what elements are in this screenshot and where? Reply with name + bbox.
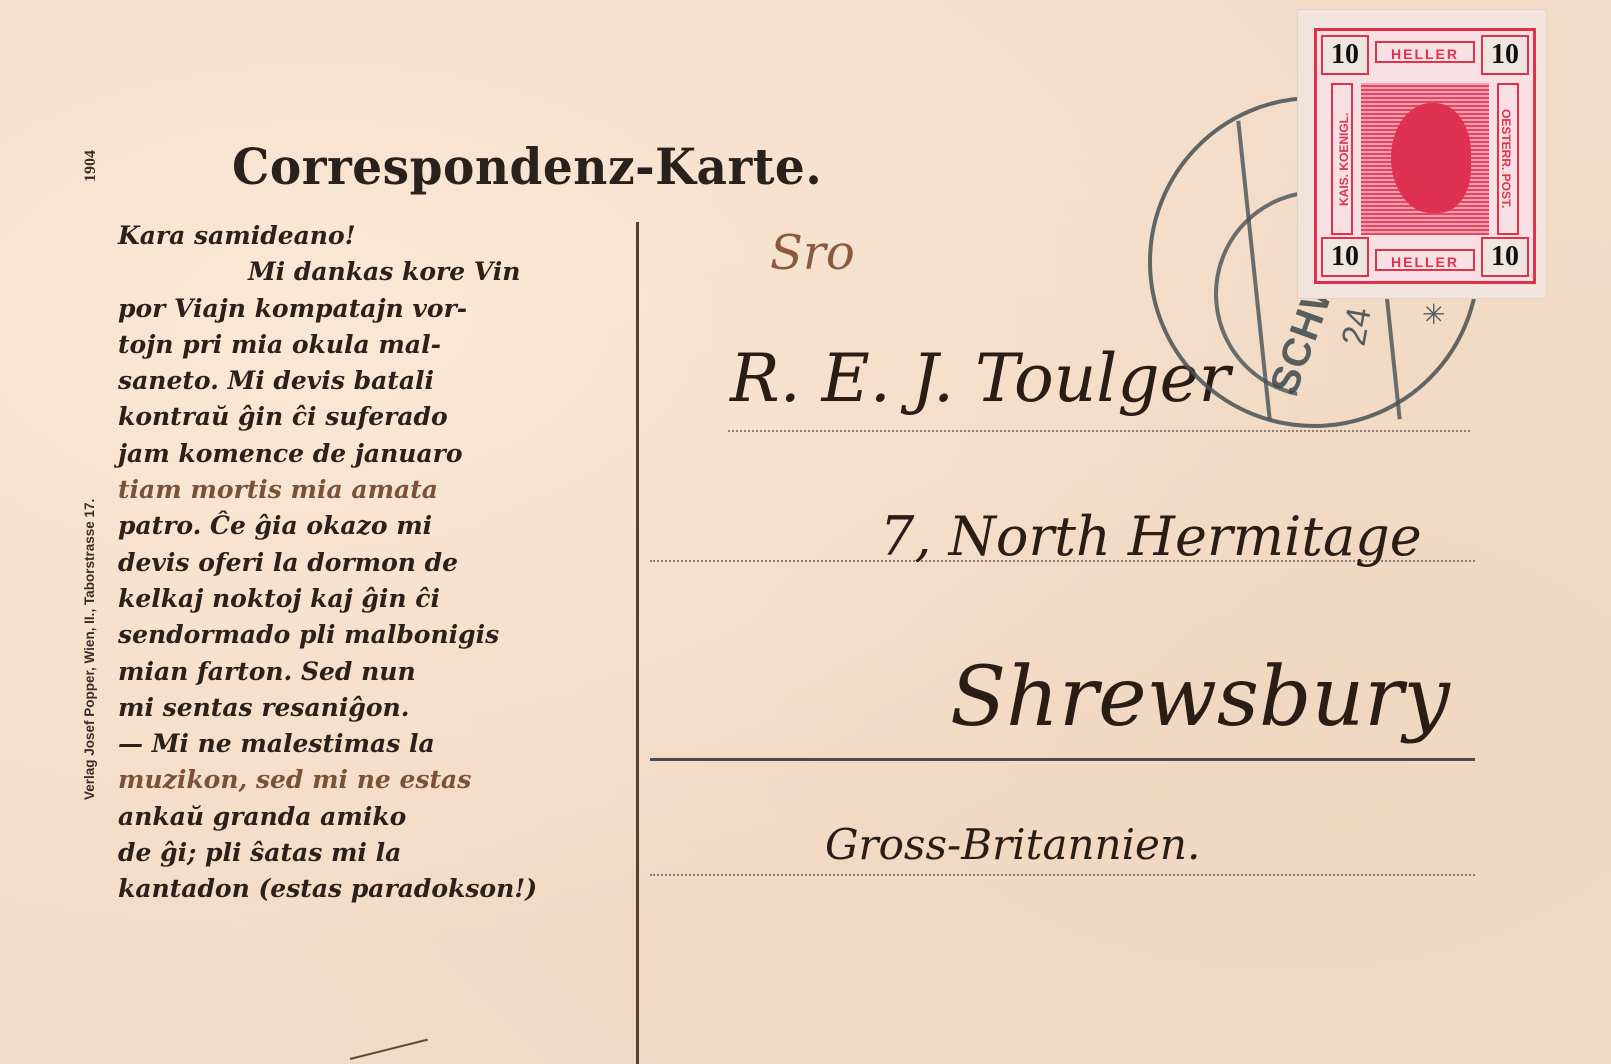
recipient-country: Gross-Britannien. [825,820,1200,869]
stamp-left-text: KAIS. KOENIGL. [1331,83,1353,235]
message-line: tojn pri mia okula mal- [118,327,638,363]
message-line: saneto. Mi devis batali [118,363,638,399]
address-rule [650,874,1475,876]
emperor-portrait-icon [1361,83,1489,235]
message-line: de ĝi; pli ŝatas mi la [118,835,638,871]
message-line: por Viaj̧n kompatajn vor- [118,291,638,327]
message-line: Kara samideano! [118,218,638,254]
address-salutation: Sro [770,225,855,281]
postage-stamp: 10 10 10 10 HELLER HELLER KAIS. KOENIGL.… [1298,10,1546,298]
card-title: Correspondenz-Karte. [232,139,822,197]
recipient-street: 7, North Hermitage [880,505,1422,568]
message-line: Mi dankas kore Vin [118,254,638,290]
message-line: devis oferi la dormon de [118,545,638,581]
handwritten-message: Kara samideano! Mi dankas kore Vin por V… [118,218,638,908]
address-rule-city [650,758,1475,761]
message-line: kelkaj noktoj kaj ĝin ĉi [118,581,638,617]
pen-stroke [350,1039,428,1060]
message-line: sendormado pli malbonigis [118,617,638,653]
imprint-year: 1904 [82,150,100,182]
address-rule [728,430,1470,432]
recipient-city: Shrewsbury [950,650,1450,745]
stamp-frame: 10 10 10 10 HELLER HELLER KAIS. KOENIGL.… [1314,28,1536,284]
postmark-star-icon: ✳ [1422,298,1445,332]
stamp-value: 10 [1321,237,1369,277]
publisher-text: Verlag Josef Popper, Wien, II., Taborstr… [82,499,100,800]
message-line: kantadon (estas paradokson!) [118,871,638,907]
message-line: ankaŭ granda amiko [118,799,638,835]
stamp-value: 10 [1481,35,1529,75]
message-line: mi sentas resaniĝon. [118,690,638,726]
message-line: tiam mortis mia amata [118,472,638,508]
message-line: muzikon, sed mi ne estas [118,762,638,798]
stamp-unit: HELLER [1375,249,1475,271]
message-line: patro. Ĉe ĝia okazo mi [118,508,638,544]
message-line: jam komence de januaro [118,436,638,472]
publisher-imprint: Verlag Josef Popper, Wien, II., Taborstr… [82,150,100,800]
message-line: mian farton. Sed nun [118,654,638,690]
recipient-name: R. E. J. Toulger [730,340,1230,417]
message-line: — Mi ne malestimas la [118,726,638,762]
stamp-right-text: OESTERR. POST. [1497,83,1519,235]
message-line: kontraŭ ĝin ĉi suferado [118,399,638,435]
stamp-unit: HELLER [1375,41,1475,63]
postcard: Correspondenz-Karte. Verlag Josef Popper… [0,0,1611,1064]
stamp-value: 10 [1481,237,1529,277]
portrait-head [1391,103,1471,213]
stamp-value: 10 [1321,35,1369,75]
